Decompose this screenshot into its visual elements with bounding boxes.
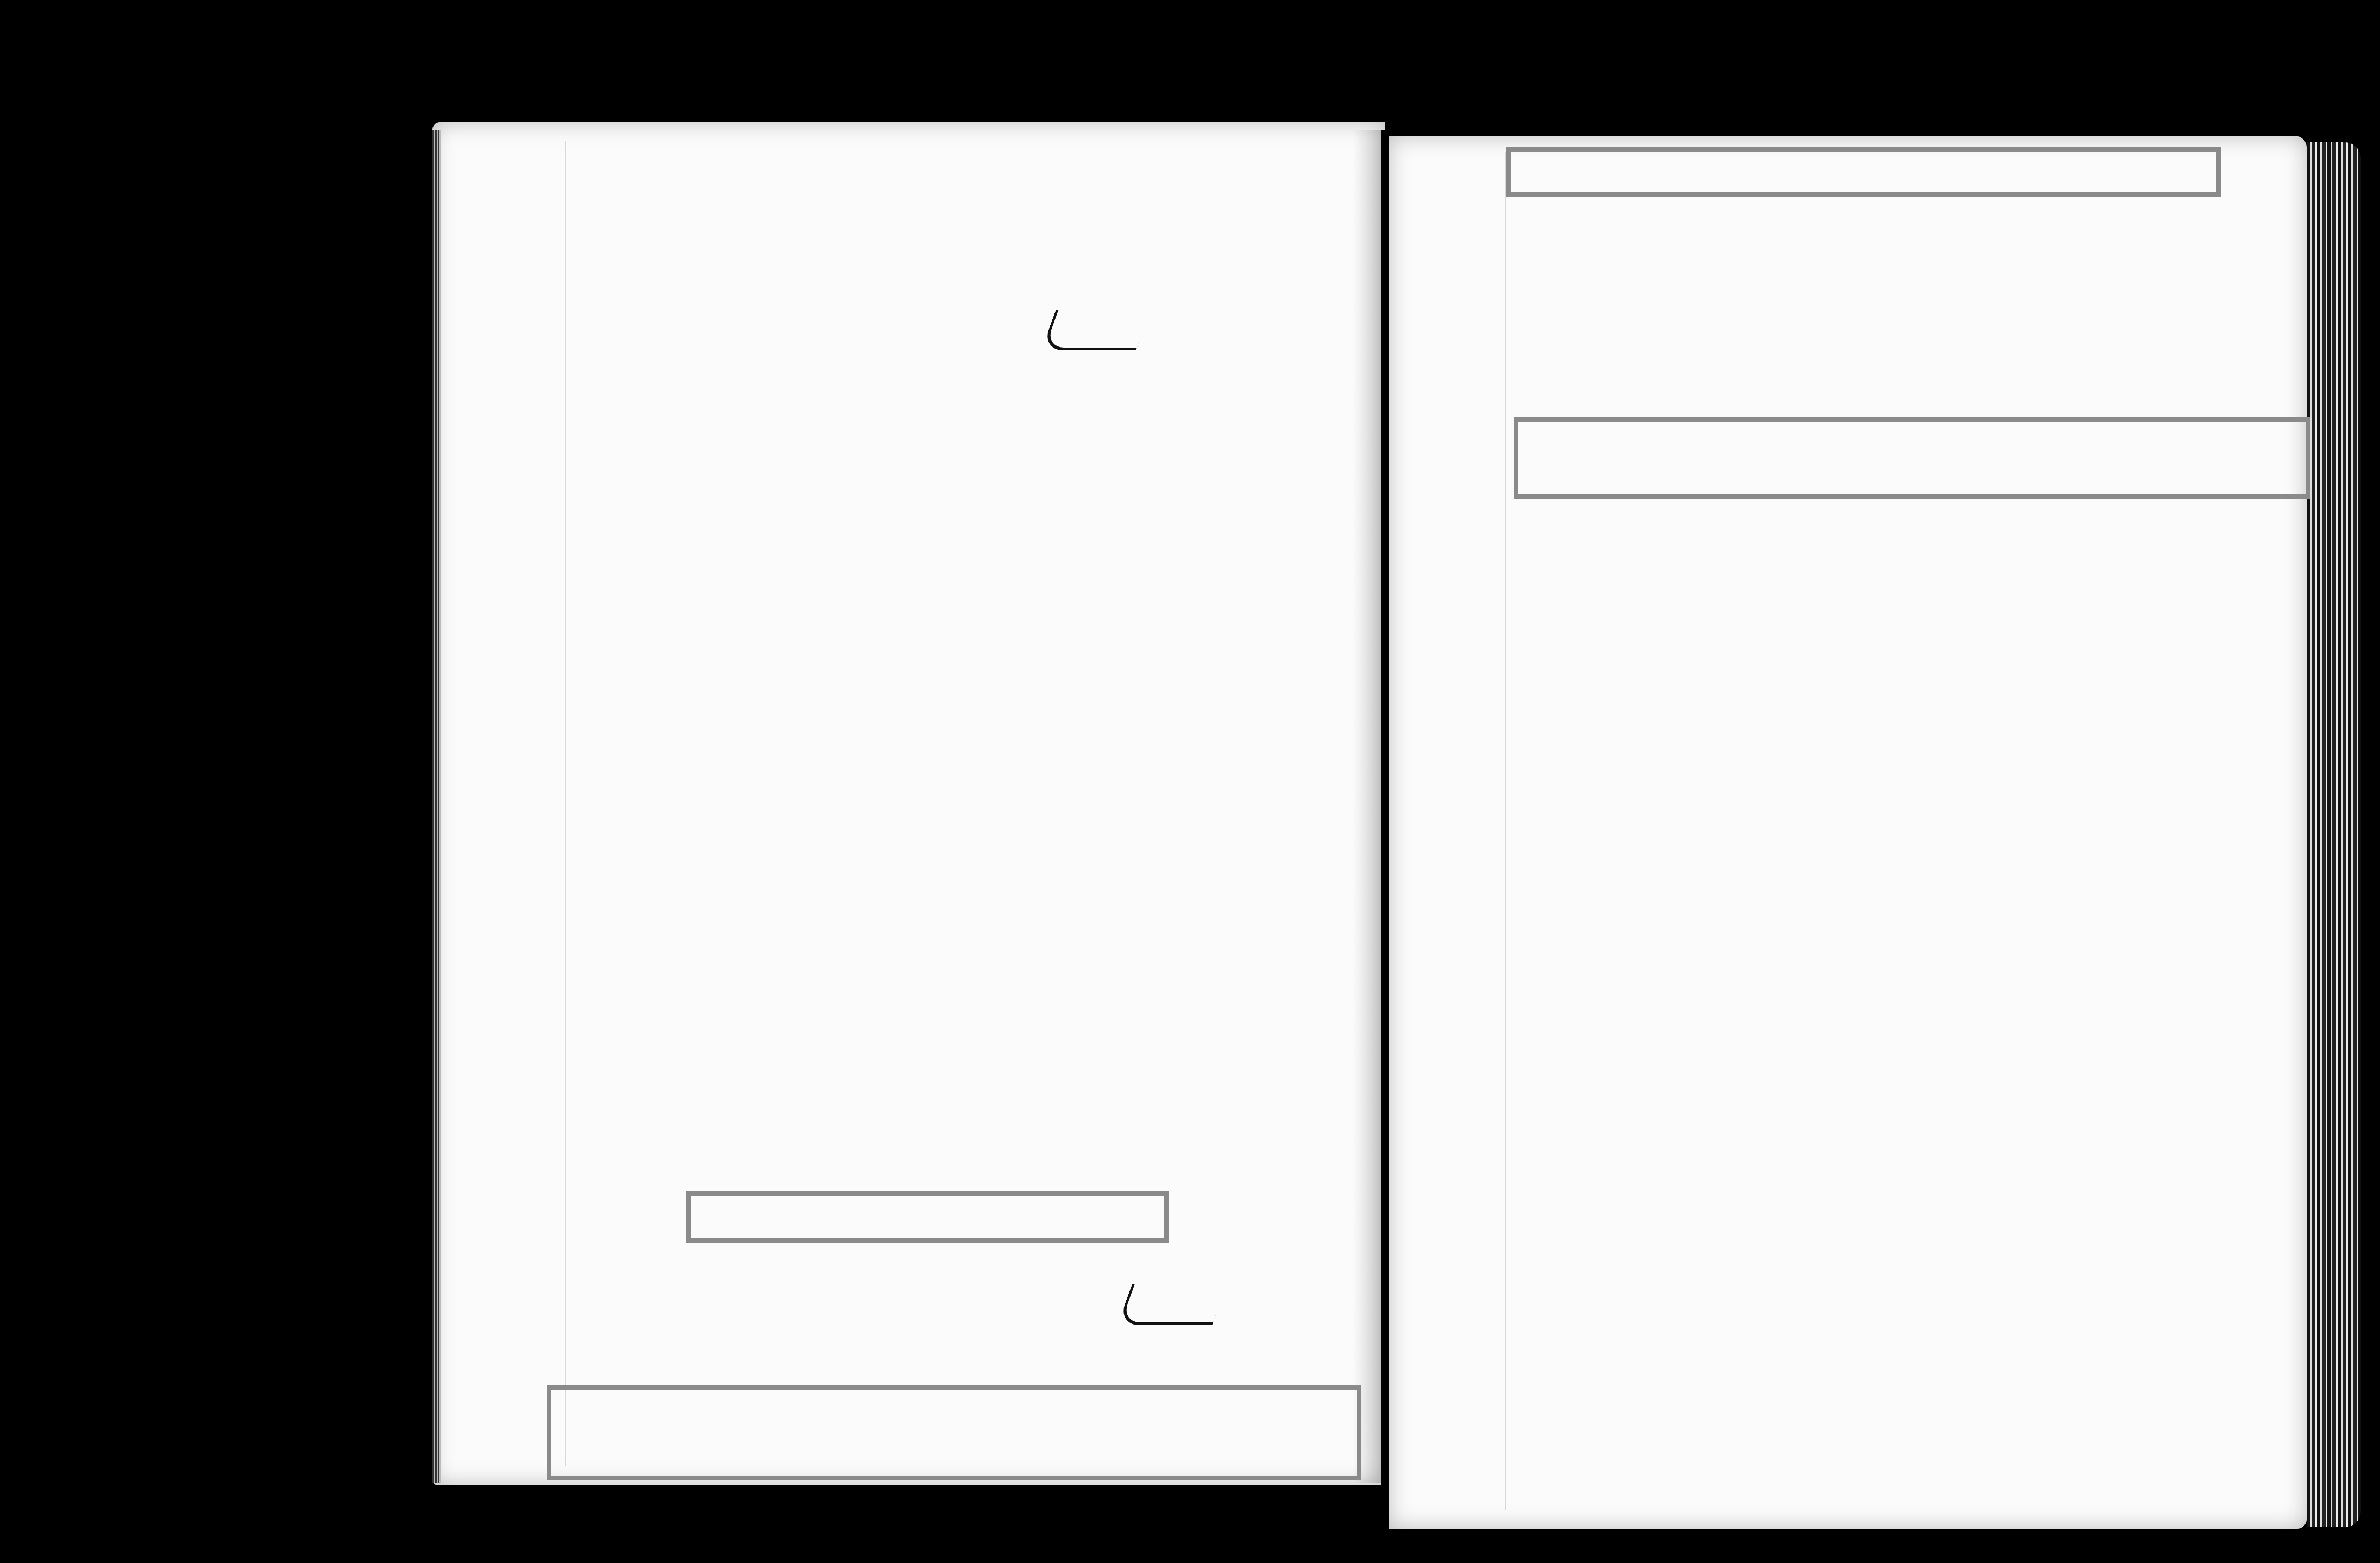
book-spine [1381,130,1388,1532]
highlight-box-bride-parents [1514,417,2310,499]
left-page [432,122,1385,1485]
right-page [1389,136,2307,1529]
highlight-box-names [686,1191,1169,1243]
signature-rubric [1041,310,1151,350]
left-margin-rule [565,141,566,1466]
spine-shadow [1353,130,1383,1483]
signature-rubric [1117,1284,1227,1325]
highlight-box-parents [547,1385,1361,1480]
right-margin-rule [1505,152,1506,1510]
left-page-edges [432,130,441,1483]
highlight-box-maternal-grandparents [1506,147,2221,197]
right-page-edges [2307,142,2361,1527]
